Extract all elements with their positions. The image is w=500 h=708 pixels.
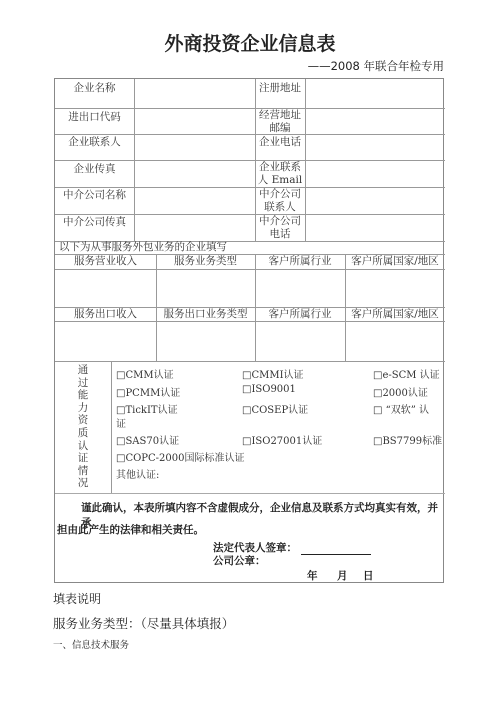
agency-name-field[interactable]: [135, 188, 255, 214]
header-service-type: 服务业务类型: [156, 255, 255, 268]
agency-phone-field[interactable]: [306, 215, 445, 241]
checkbox-iso27001[interactable]: □ISO27001认证: [242, 432, 322, 447]
label-company-name: 企业名称: [55, 82, 134, 95]
checkbox-dual-software[interactable]: □ “双软” 认: [373, 401, 429, 416]
checkbox-2000[interactable]: □2000认证: [373, 384, 428, 399]
header-export-revenue: 服务出口收入: [55, 308, 156, 321]
label-import-export-code: 进出口代码: [55, 111, 134, 124]
label-company-fax: 企业传真: [55, 163, 134, 176]
header-client-country: 客户所属国家/地区: [345, 255, 445, 268]
form-title: 外商投资企业信息表: [0, 29, 500, 56]
instructions-service-type: 服务业务类型：（尽量具体填报）: [53, 614, 234, 632]
company-name-field[interactable]: [135, 79, 255, 108]
checkbox-copc2000[interactable]: □COPC-2000国际标准认证: [116, 449, 245, 464]
instructions-heading: 填表说明: [53, 590, 101, 607]
label-registered-address: 注册地址: [255, 82, 305, 95]
wrapped-text: 证: [116, 415, 126, 430]
label-agency-fax: 中介公司传真: [55, 216, 134, 229]
checkbox-cmmi[interactable]: □CMMI认证: [242, 366, 304, 381]
declaration-line2: 担由此产生的法律和相关责任。: [57, 522, 204, 537]
checkbox-pcmm[interactable]: □PCMM认证: [116, 384, 180, 399]
header-client-industry: 客户所属行业: [255, 255, 345, 268]
checkbox-escm[interactable]: □e-SCM 认证: [373, 366, 440, 381]
checkbox-sas70[interactable]: □SAS70认证: [116, 432, 179, 447]
company-fax-field[interactable]: [135, 161, 255, 187]
instructions-item1: 一、信息技术服务: [53, 637, 129, 651]
label-other-certification: 其他认证:: [116, 466, 159, 481]
header-service-revenue: 服务营业收入: [55, 255, 156, 268]
checkbox-iso9001[interactable]: □ISO9001: [242, 384, 296, 395]
company-phone-field[interactable]: [306, 135, 445, 160]
client-industry-field[interactable]: [256, 270, 345, 307]
service-section-note: 以下为从事服务外包业务的企业填写: [59, 241, 227, 254]
label-business-address-zip: 经营地址 邮编: [255, 109, 305, 135]
checkbox-cosep[interactable]: □COSEP认证: [242, 401, 308, 416]
export-revenue-field[interactable]: [55, 322, 156, 361]
signature-line[interactable]: [301, 544, 371, 555]
date-month: 月: [337, 568, 348, 583]
agency-contact-field[interactable]: [306, 188, 445, 214]
certification-label: 通 过 能 力 资 质 认 证 情 况: [55, 364, 111, 490]
export-client-country-field[interactable]: [346, 322, 445, 361]
export-client-industry-field[interactable]: [256, 322, 345, 361]
agency-fax-field[interactable]: [135, 215, 255, 241]
label-agency-name: 中介公司名称: [55, 189, 134, 202]
import-export-code-field[interactable]: [135, 109, 255, 134]
header-export-client-country: 客户所属国家/地区: [345, 308, 445, 321]
form-table: 企业名称 注册地址 进出口代码 经营地址 邮编 企业联系人 企业电话 企业传真 …: [54, 78, 444, 583]
form-subtitle: ——2008 年联合年检专用: [308, 58, 444, 74]
label-company-phone: 企业电话: [255, 136, 305, 149]
date-day: 日: [363, 568, 374, 583]
label-agency-phone: 中介公司 电话: [255, 215, 305, 241]
label-contact-email: 企业联系 人 Email: [255, 161, 305, 187]
label-contact-person: 企业联系人: [55, 136, 134, 149]
client-country-field[interactable]: [346, 270, 445, 307]
service-revenue-field[interactable]: [55, 270, 156, 307]
checkbox-bs7799[interactable]: □BS7799标准: [373, 432, 442, 447]
date-year: 年: [307, 568, 318, 583]
business-address-zip-field[interactable]: [306, 109, 445, 134]
export-type-field[interactable]: [157, 322, 255, 361]
contact-person-field[interactable]: [135, 135, 255, 160]
checkbox-tickit[interactable]: □TickIT认证: [116, 401, 178, 416]
checkbox-cmm[interactable]: □CMM认证: [116, 366, 174, 381]
seal-label: 公司公章：: [213, 553, 266, 568]
registered-address-field[interactable]: [306, 79, 445, 108]
label-agency-contact: 中介公司 联系人: [255, 188, 305, 214]
service-type-field[interactable]: [157, 270, 255, 307]
header-export-client-industry: 客户所属行业: [255, 308, 345, 321]
header-export-type: 服务出口业务类型: [156, 308, 255, 321]
contact-email-field[interactable]: [306, 161, 445, 187]
